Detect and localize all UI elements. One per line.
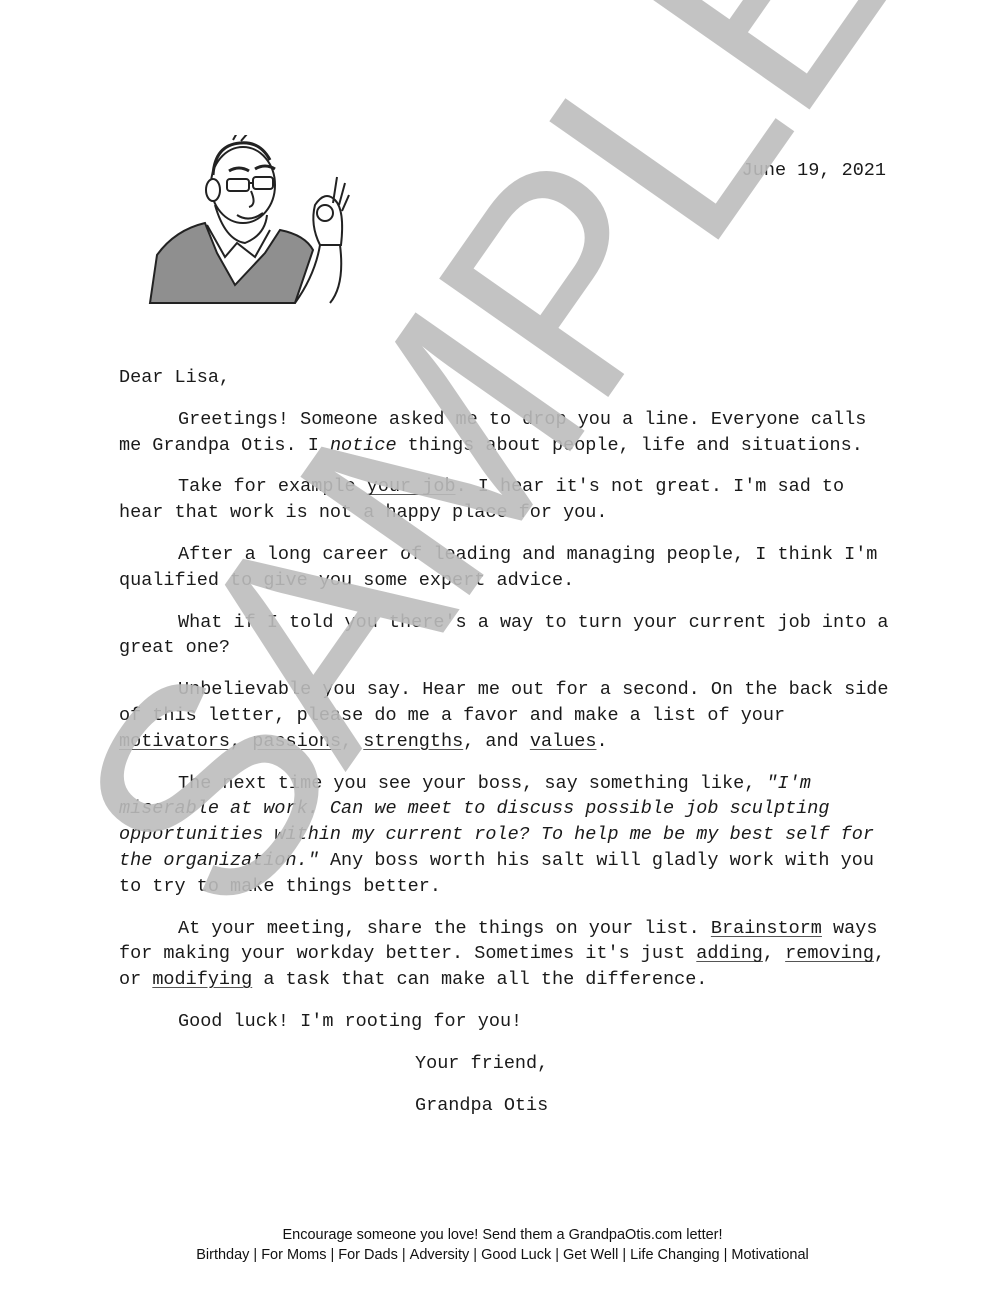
link-separator: | bbox=[469, 1247, 481, 1263]
underlined-phrase: Brainstorm bbox=[711, 918, 822, 939]
letter-paragraph: What if I told you there's a way to turn… bbox=[119, 610, 889, 662]
link-separator: | bbox=[398, 1247, 410, 1263]
letter-paragraph: After a long career of leading and manag… bbox=[119, 542, 889, 594]
footer-link-motivational[interactable]: Motivational bbox=[731, 1247, 808, 1263]
text-segment: , bbox=[341, 731, 363, 752]
letter-paragraph: The next time you see your boss, say som… bbox=[119, 771, 889, 900]
letter-paragraphs: Greetings! Someone asked me to drop you … bbox=[119, 407, 889, 1035]
text-segment: Unbelievable you say. Hear me out for a … bbox=[119, 679, 889, 726]
letter-paragraph: At your meeting, share the things on you… bbox=[119, 916, 889, 993]
link-separator: | bbox=[249, 1247, 261, 1263]
closing: Your friend, bbox=[415, 1051, 889, 1077]
footer-link-for-dads[interactable]: For Dads bbox=[338, 1247, 398, 1263]
text-segment: After a long career of leading and manag… bbox=[119, 544, 877, 591]
link-separator: | bbox=[618, 1247, 630, 1263]
link-separator: | bbox=[551, 1247, 563, 1263]
signature: Grandpa Otis bbox=[415, 1093, 889, 1119]
underlined-phrase: motivators bbox=[119, 731, 230, 752]
footer-link-get-well[interactable]: Get Well bbox=[563, 1247, 618, 1263]
footer-link-for-moms[interactable]: For Moms bbox=[261, 1247, 326, 1263]
footer-links: Birthday|For Moms|For Dads|Adversity|Goo… bbox=[0, 1245, 1005, 1265]
text-segment: The next time you see your boss, say som… bbox=[178, 773, 766, 794]
underlined-phrase: passions bbox=[252, 731, 341, 752]
text-segment: At your meeting, share the things on you… bbox=[178, 918, 711, 939]
letter-body: Dear Lisa, Greetings! Someone asked me t… bbox=[119, 365, 889, 1134]
underlined-phrase: values bbox=[530, 731, 597, 752]
link-separator: | bbox=[720, 1247, 732, 1263]
italic-phrase: notice bbox=[330, 435, 397, 456]
letter-paragraph: Greetings! Someone asked me to drop you … bbox=[119, 407, 889, 459]
letter-paragraph: Unbelievable you say. Hear me out for a … bbox=[119, 677, 889, 754]
text-segment: Good luck! I'm rooting for you! bbox=[178, 1011, 522, 1032]
underlined-phrase: removing bbox=[785, 943, 874, 964]
footer: Encourage someone you love! Send them a … bbox=[0, 1225, 1005, 1265]
letter-paragraph: Take for example your job. I hear it's n… bbox=[119, 474, 889, 526]
footer-tagline: Encourage someone you love! Send them a … bbox=[0, 1225, 1005, 1245]
text-segment: What if I told you there's a way to turn… bbox=[119, 612, 889, 659]
footer-link-birthday[interactable]: Birthday bbox=[196, 1247, 249, 1263]
footer-link-good-luck[interactable]: Good Luck bbox=[481, 1247, 551, 1263]
text-segment: Take for example bbox=[178, 476, 367, 497]
footer-link-adversity[interactable]: Adversity bbox=[410, 1247, 470, 1263]
underlined-phrase: modifying bbox=[152, 969, 252, 990]
text-segment: , bbox=[230, 731, 252, 752]
underlined-phrase: your job bbox=[367, 476, 456, 497]
text-segment: . bbox=[596, 731, 607, 752]
underlined-phrase: adding bbox=[696, 943, 763, 964]
link-separator: | bbox=[326, 1247, 338, 1263]
text-segment: a task that can make all the difference. bbox=[252, 969, 707, 990]
salutation: Dear Lisa, bbox=[119, 365, 889, 391]
text-segment: , and bbox=[463, 731, 530, 752]
footer-link-life-changing[interactable]: Life Changing bbox=[630, 1247, 720, 1263]
letter-date: June 19, 2021 bbox=[742, 160, 886, 181]
grandpa-otis-illustration bbox=[145, 135, 350, 305]
underlined-phrase: strengths bbox=[363, 731, 463, 752]
text-segment: things about people, life and situations… bbox=[397, 435, 863, 456]
text-segment: , bbox=[763, 943, 785, 964]
letter-paragraph: Good luck! I'm rooting for you! bbox=[119, 1009, 889, 1035]
